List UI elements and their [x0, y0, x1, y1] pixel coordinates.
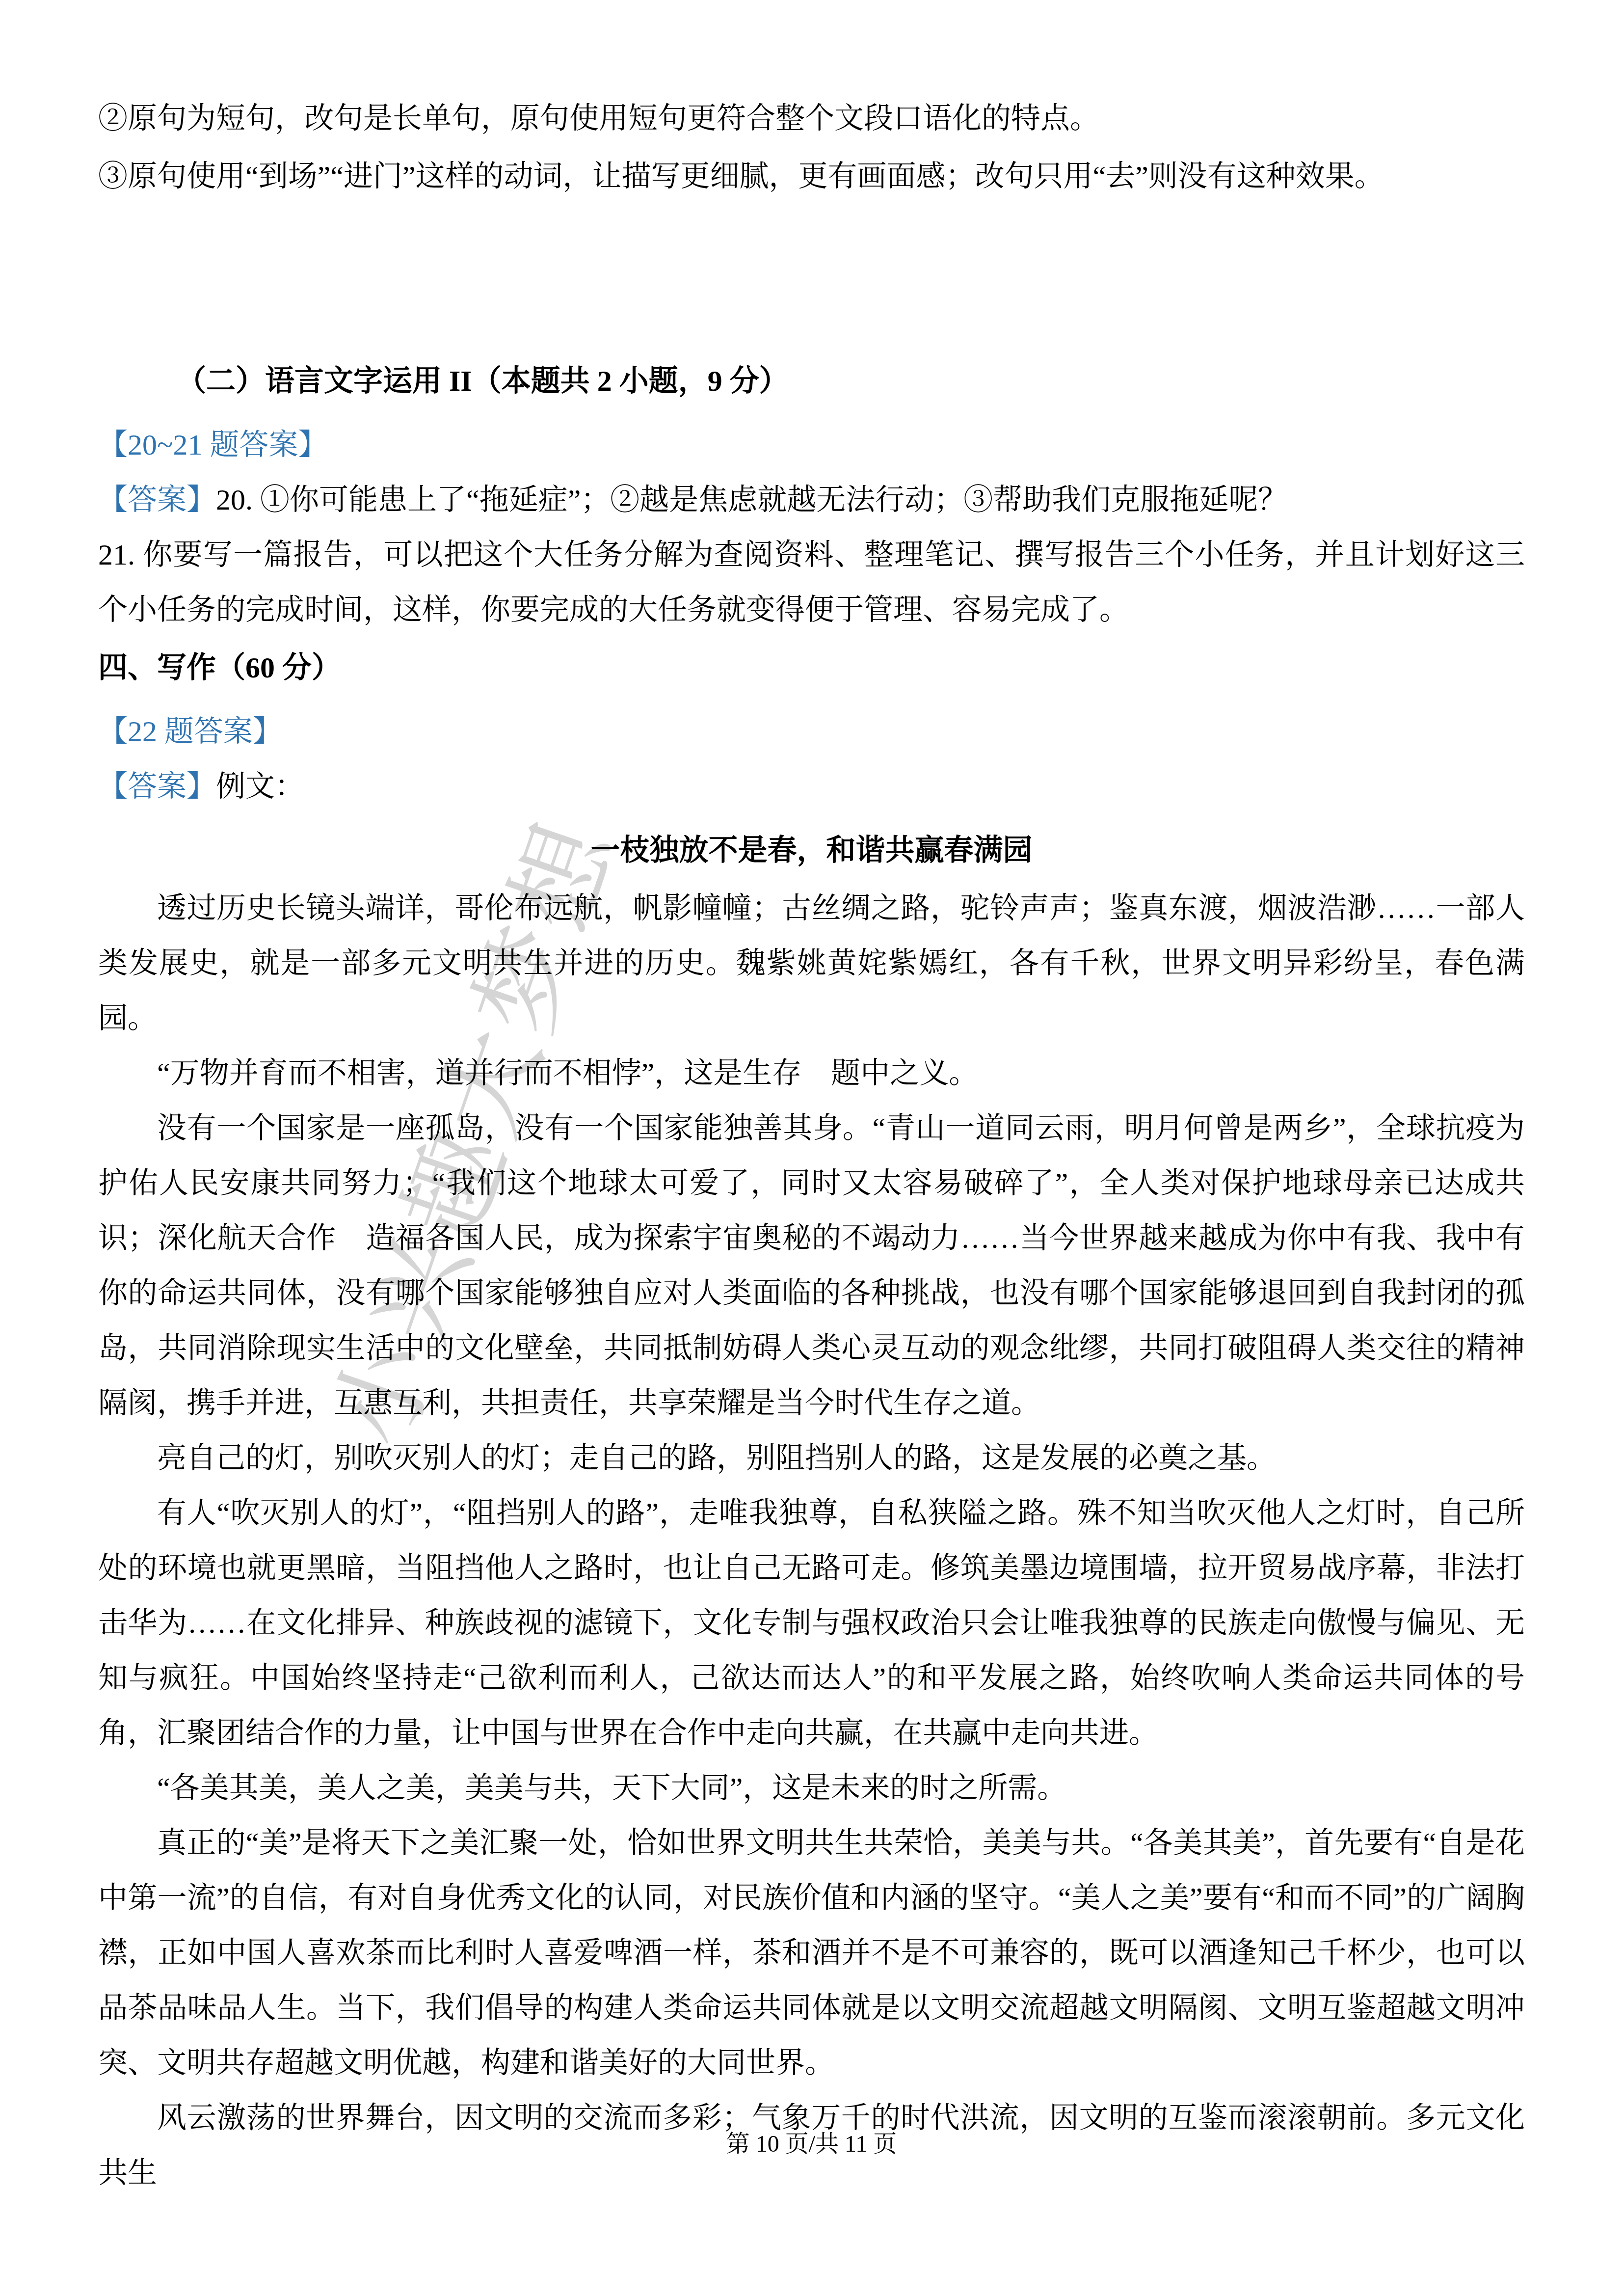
- essay-intro-line: 【答案】例文：: [98, 759, 1525, 814]
- document-page: 小兴趣大梦想 ②原句为短句，改句是长单句，原句使用短句更符合整个文段口语化的特点…: [0, 0, 1623, 2296]
- essay-paragraph: “各美其美，美人之美，美美与共，天下大同”，这是未来的时之所需。: [98, 1760, 1525, 1815]
- page-footer: 第 10 页/共 11 页: [0, 2129, 1623, 2160]
- answer-line-q20: 【答案】20. ①你可能患上了“拖延症”；②越是焦虑就越无法行动；③帮助我们克服…: [98, 472, 1525, 527]
- essay-paragraph: 没有一个国家是一座孤岛，没有一个国家能独善其身。“青山一道同云雨，明月何曾是两乡…: [98, 1101, 1525, 1431]
- answer-range-marker-20-21: 【20~21 题答案】: [98, 417, 1525, 472]
- essay-label: 例文：: [216, 770, 304, 803]
- section-heading-language-use: （二）语言文字运用 II（本题共 2 小题，9 分）: [98, 353, 1525, 408]
- essay-title: 一枝独放不是春，和谐共赢春满园: [98, 823, 1525, 878]
- section-heading-writing: 四、写作（60 分）: [98, 640, 1525, 695]
- answer-label: 【答案】: [98, 484, 216, 516]
- essay-paragraph: 真正的“美”是将天下之美汇聚一处，恰如世界文明共生共荣恰，美美与共。“各美其美”…: [98, 1815, 1525, 2090]
- essay-paragraph: “万物并育而不相害，道并行而不相悖”，这是生存 题中之义。: [98, 1046, 1525, 1101]
- answer-range-marker-22: 【22 题答案】: [98, 704, 1525, 759]
- page-content: ②原句为短句，改句是长单句，原句使用短句更符合整个文段口语化的特点。 ③原句使用…: [98, 91, 1525, 2200]
- essay-paragraph: 有人“吹灭别人的灯”，“阻挡别人的路”，走唯我独尊，自私狭隘之路。殊不知当吹灭他…: [98, 1486, 1525, 1760]
- essay-paragraph: 透过历史长镜头端详，哥伦布远航，帆影幢幢；古丝绸之路，驼铃声声；鉴真东渡，烟波浩…: [98, 881, 1525, 1046]
- answer-text-q20: 20. ①你可能患上了“拖延症”；②越是焦虑就越无法行动；③帮助我们克服拖延呢？: [216, 484, 1287, 516]
- essay-paragraph: 亮自己的灯，别吹灭别人的灯；走自己的路，别阻挡别人的路，这是发展的必奠之基。: [98, 1431, 1525, 1486]
- answer-paragraph-q21: 21. 你要写一篇报告，可以把这个大任务分解为查阅资料、整理笔记、撰写报告三个小…: [98, 527, 1525, 637]
- answer-label: 【答案】: [98, 770, 216, 803]
- analysis-point-3: ③原句使用“到场”“进门”这样的动词，让描写更细腻，更有画面感；改句只用“去”则…: [98, 149, 1525, 204]
- analysis-point-2: ②原句为短句，改句是长单句，原句使用短句更符合整个文段口语化的特点。: [98, 91, 1525, 146]
